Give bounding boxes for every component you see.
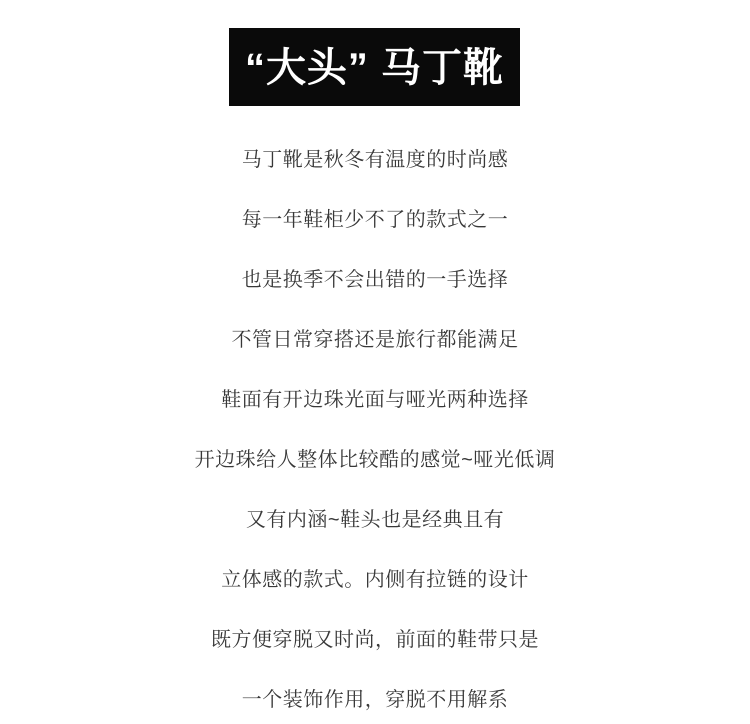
- title-banner: “大头” 马丁靴: [229, 28, 520, 106]
- article-page: “大头” 马丁靴 马丁靴是秋冬有温度的时尚感 每一年鞋柜少不了的款式之一 也是换…: [0, 0, 750, 724]
- paragraph-line: 也是换季不会出错的一手选择: [0, 247, 750, 307]
- paragraph-line: 既方便穿脱又时尚，前面的鞋带只是: [0, 607, 750, 667]
- paragraph-line: 一个装饰作用，穿脱不用解系: [0, 667, 750, 724]
- paragraph-line: 立体感的款式。内侧有拉链的设计: [0, 547, 750, 607]
- paragraph-line: 每一年鞋柜少不了的款式之一: [0, 187, 750, 247]
- paragraph-line: 又有内涵~鞋头也是经典且有: [0, 487, 750, 547]
- page-title: “大头” 马丁靴: [245, 46, 504, 88]
- paragraph-line: 马丁靴是秋冬有温度的时尚感: [0, 127, 750, 187]
- paragraph-line: 开边珠给人整体比较酷的感觉~哑光低调: [0, 427, 750, 487]
- description-text-block: 马丁靴是秋冬有温度的时尚感 每一年鞋柜少不了的款式之一 也是换季不会出错的一手选…: [0, 127, 750, 724]
- paragraph-line: 不管日常穿搭还是旅行都能满足: [0, 307, 750, 367]
- paragraph-line: 鞋面有开边珠光面与哑光两种选择: [0, 367, 750, 427]
